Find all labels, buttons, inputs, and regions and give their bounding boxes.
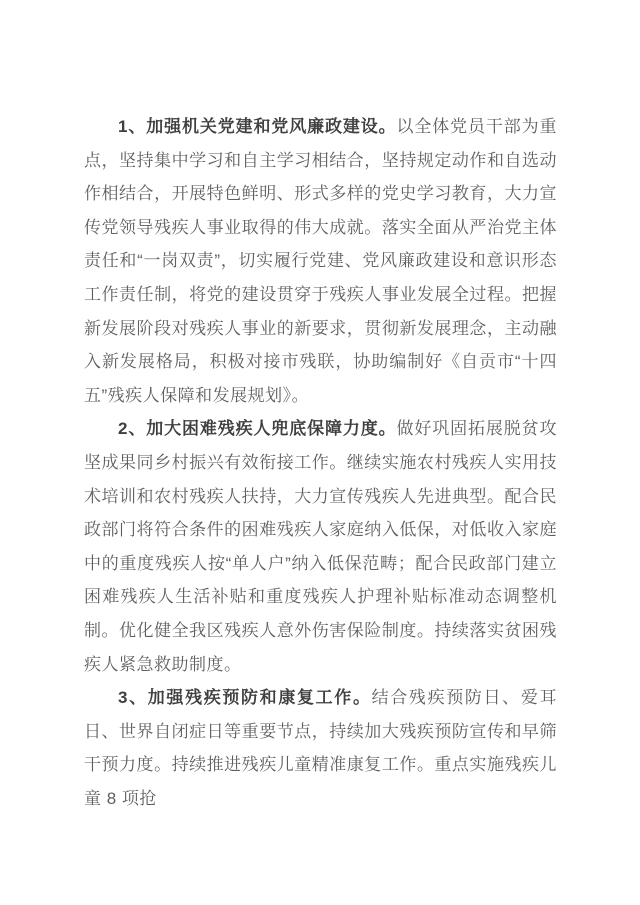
paragraph-1-body: 以全体党员干部为重点，坚持集中学习和自主学习相结合，坚持规定动作和自选动作相结合… bbox=[84, 117, 557, 405]
document-page: 1、加强机关党建和党风廉政建设。以全体党员干部为重点，坚持集中学习和自主学习相结… bbox=[0, 0, 640, 905]
paragraph-2: 2、加大困难残疾人兜底保障力度。做好巩固拓展脱贫攻坚成果同乡村振兴有效衔接工作。… bbox=[84, 412, 557, 681]
document-content: 1、加强机关党建和党风廉政建设。以全体党员干部为重点，坚持集中学习和自主学习相结… bbox=[84, 110, 557, 815]
paragraph-2-heading: 2、加大困难残疾人兜底保障力度。 bbox=[118, 419, 396, 438]
paragraph-2-body: 做好巩固拓展脱贫攻坚成果同乡村振兴有效衔接工作。继续实施农村残疾人实用技术培训和… bbox=[84, 419, 557, 673]
paragraph-3-heading: 3、加强残疾预防和康复工作。 bbox=[118, 688, 372, 707]
paragraph-1: 1、加强机关党建和党风廉政建设。以全体党员干部为重点，坚持集中学习和自主学习相结… bbox=[84, 110, 557, 412]
paragraph-3: 3、加强残疾预防和康复工作。结合残疾预防日、爱耳日、世界自闭症日等重要节点，持续… bbox=[84, 681, 557, 815]
paragraph-1-heading: 1、加强机关党建和党风廉政建设。 bbox=[118, 117, 396, 136]
